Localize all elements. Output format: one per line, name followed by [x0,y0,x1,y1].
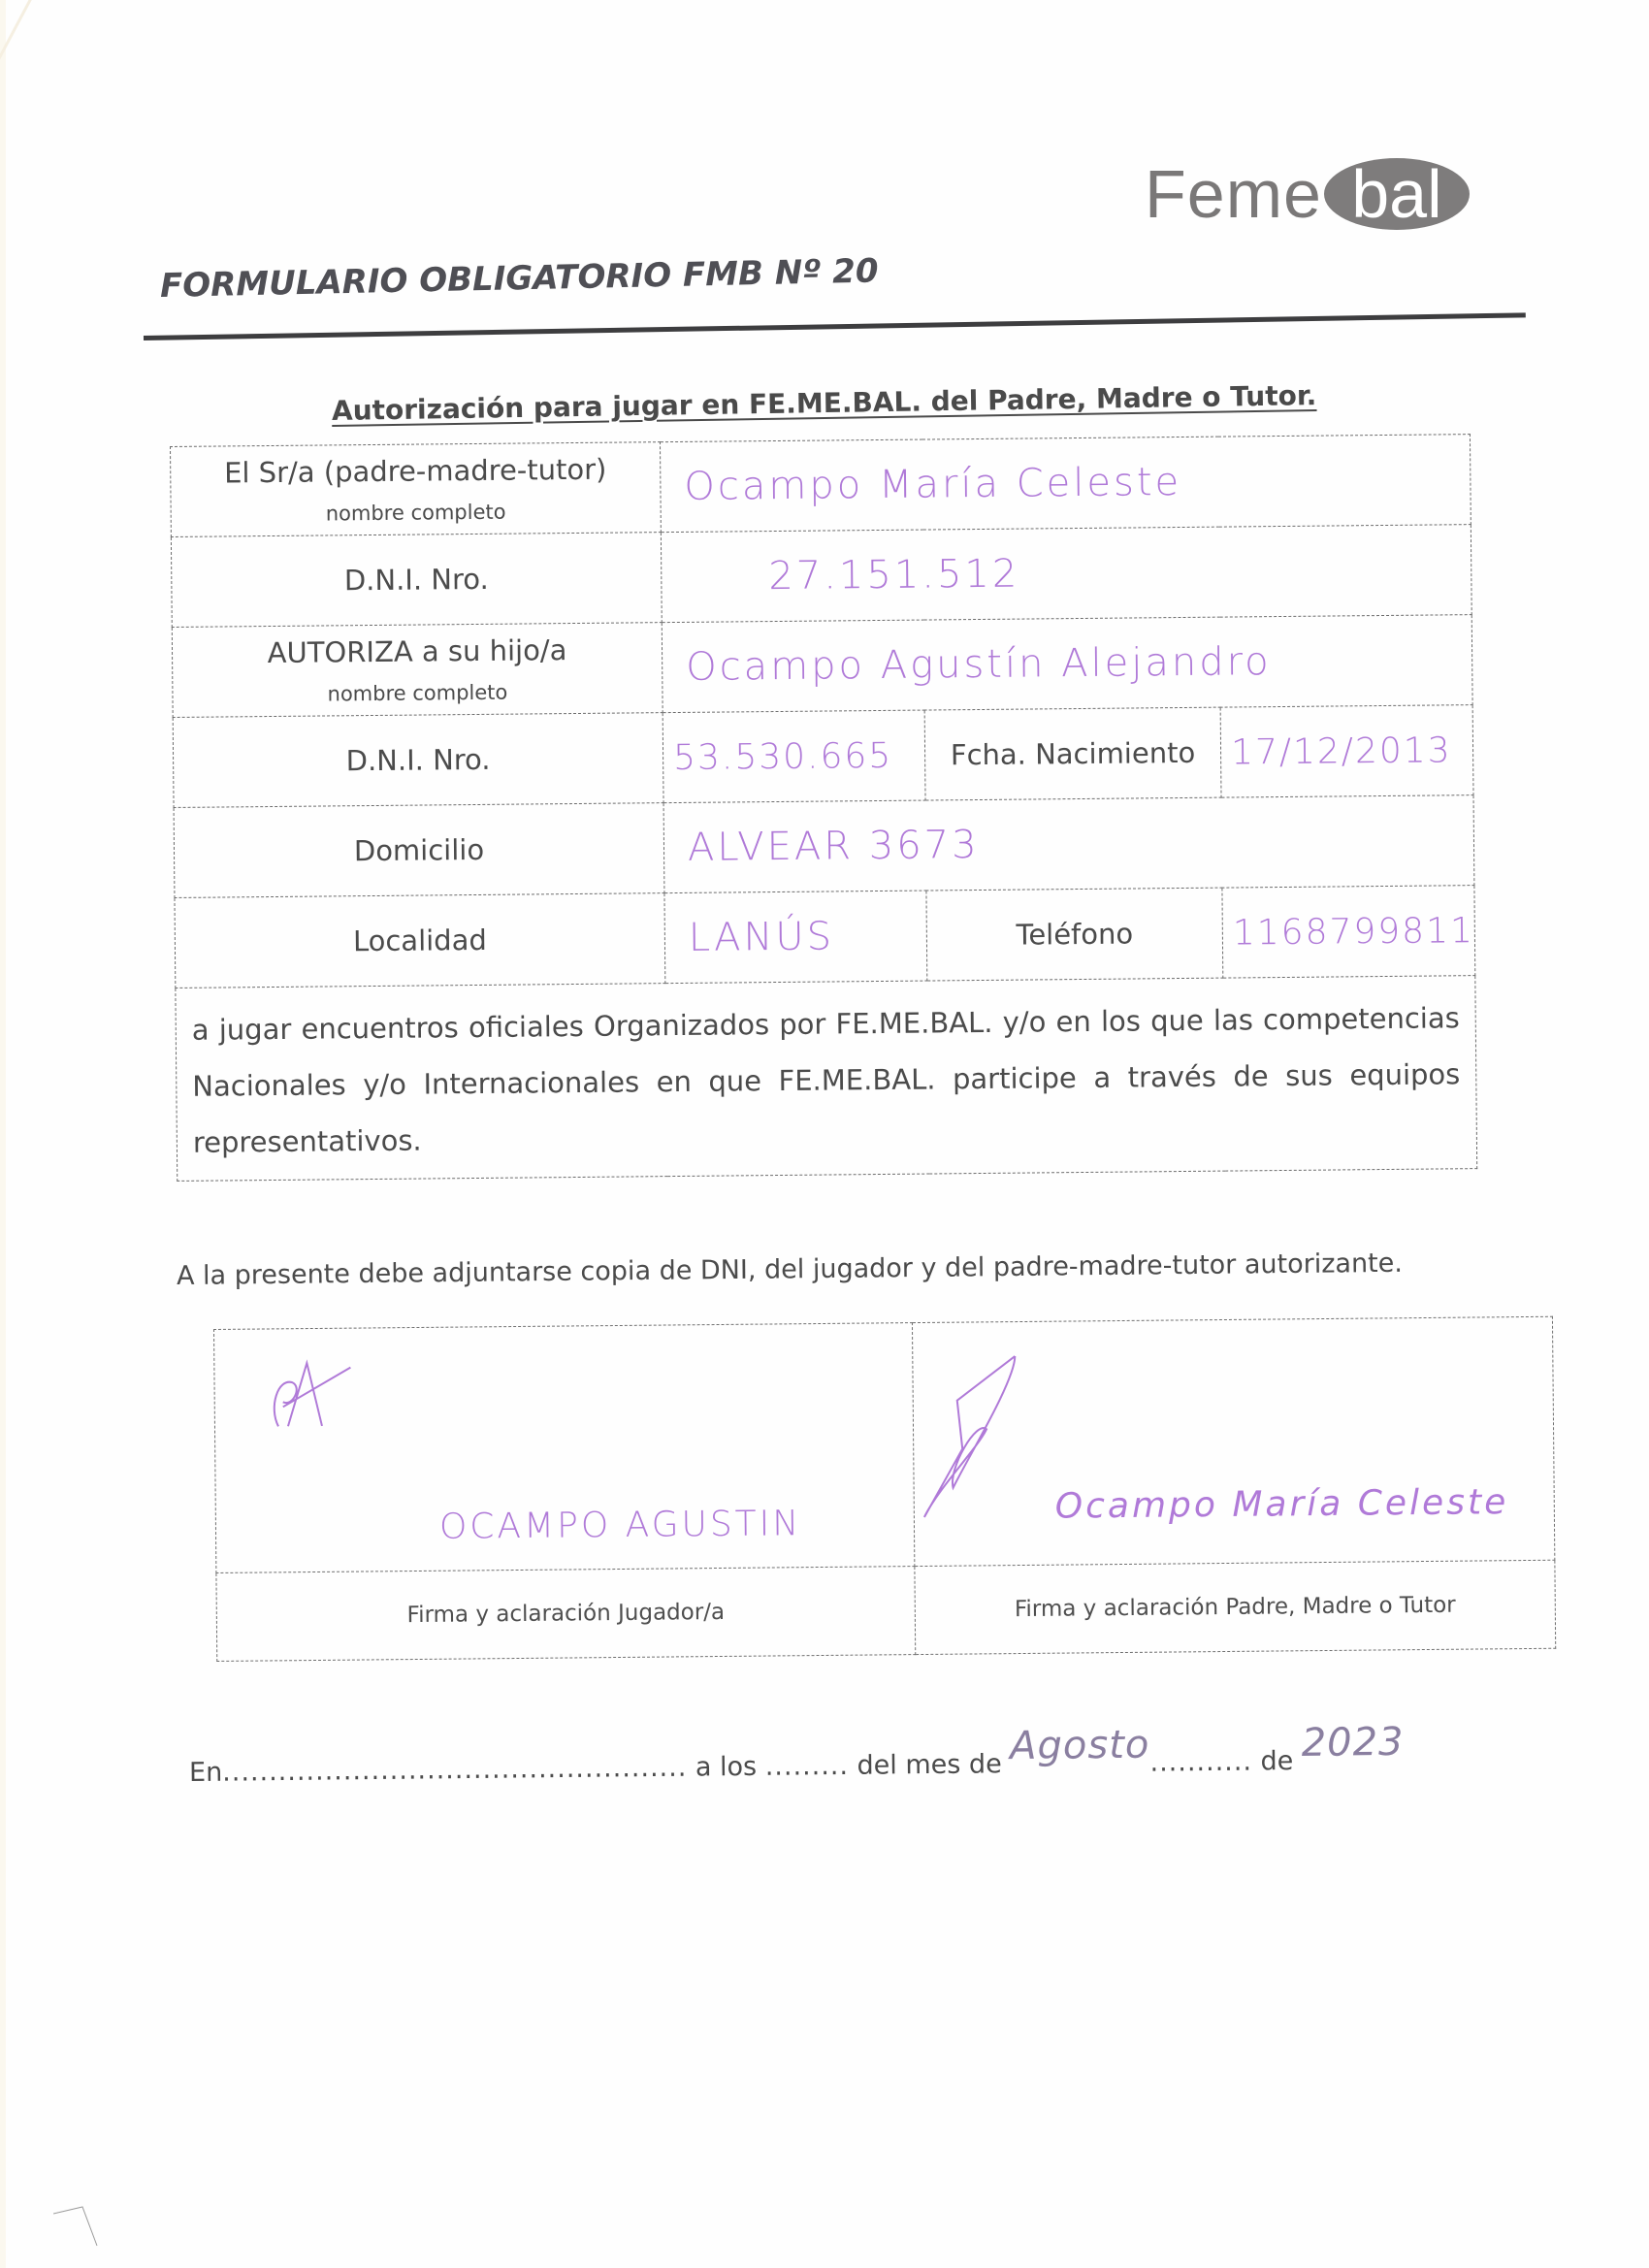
birth-date-field[interactable]: 17/12/2013 [1220,705,1473,797]
authorization-form: El Sr/a (padre-madre-tutor) nombre compl… [170,434,1476,1182]
form-subtitle: Autorización para jugar en FE.ME.BAL. de… [332,379,1317,427]
locality-row: Localidad LANÚS Teléfono 1168799811 [175,886,1475,988]
authorization-text: a jugar encuentros oficiales Organizados… [176,976,1477,1182]
child-name-row: AUTORIZA a su hijo/a nombre completo Oca… [172,615,1472,718]
signature-section: OCAMPO AGUSTIN Ocampo María Celeste Firm… [213,1316,1555,1662]
scan-mark [53,2202,112,2251]
parent-name-row: El Sr/a (padre-madre-tutor) nombre compl… [171,435,1471,537]
title-divider [144,312,1526,340]
parent-name-sublabel: nombre completo [172,499,661,527]
parent-name-label-cell: El Sr/a (padre-madre-tutor) nombre compl… [171,442,662,537]
birth-date-label: Fcha. Nacimiento [924,707,1221,800]
parent-dni-label: D.N.I. Nro. [171,533,662,628]
logo-text: Feme [1145,160,1322,228]
phone-label: Teléfono [926,888,1223,981]
child-dni-row: D.N.I. Nro. 53.530.665 Fcha. Nacimiento … [173,705,1473,808]
locality-label: Localidad [175,893,665,988]
date-line: En......................................… [189,1733,1405,1791]
de-label: de [1260,1746,1293,1776]
scan-edge [0,0,6,2268]
child-dni-label: D.N.I. Nro. [173,713,663,808]
player-printed-name: OCAMPO AGUSTIN [439,1504,802,1547]
del-mes-label: del mes de [857,1749,1001,1781]
parent-signature-icon [918,1342,1036,1537]
attachment-note: A la presente debe adjuntarse copia de D… [177,1248,1403,1291]
parent-name-field[interactable]: Ocampo María Celeste [660,435,1471,533]
parent-printed-name: Ocampo María Celeste [1055,1482,1509,1526]
child-dni-field[interactable]: 53.530.665 [663,710,925,803]
address-row: Domicilio ALVEAR 3673 [174,795,1474,898]
date-prefix: En [189,1758,222,1788]
address-label: Domicilio [174,803,664,898]
locality-field[interactable]: LANÚS [664,891,927,984]
phone-field[interactable]: 1168799811 [1222,886,1475,978]
form-title: FORMULARIO OBLIGATORIO FMB Nº 20 [160,251,879,306]
month-field[interactable]: Agosto [1010,1723,1150,1769]
a-los-label: a los [695,1752,758,1783]
address-field[interactable]: ALVEAR 3673 [663,795,1474,893]
year-field[interactable]: 2023 [1301,1720,1404,1766]
parent-dni-field[interactable]: 27.151.512 [661,525,1471,623]
authorization-text-row: a jugar encuentros oficiales Organizados… [176,976,1477,1182]
parent-dni-row: D.N.I. Nro. 27.151.512 [171,525,1471,628]
place-field[interactable]: ........................................… [222,1753,687,1788]
child-name-sublabel: nombre completo [173,679,662,707]
parent-signature-box[interactable]: Ocampo María Celeste [912,1316,1554,1566]
player-signature-box[interactable]: OCAMPO AGUSTIN [214,1323,915,1573]
player-signature-caption: Firma y aclaración Jugador/a [216,1567,916,1662]
month-dots: ........... [1149,1747,1252,1778]
child-name-label-cell: AUTORIZA a su hijo/a nombre completo [172,623,663,718]
femebal-logo: Feme bal [1145,155,1470,233]
child-name-field[interactable]: Ocampo Agustín Alejandro [662,615,1472,713]
day-field[interactable]: ......... [765,1751,850,1782]
player-signature-icon [268,1358,356,1437]
parent-signature-caption: Firma y aclaración Padre, Madre o Tutor [915,1560,1556,1654]
scan-crease [0,0,42,274]
parent-name-label: El Sr/a (padre-madre-tutor) [224,453,607,490]
logo-badge: bal [1324,158,1470,230]
child-name-label: AUTORIZA a su hijo/a [268,633,567,669]
